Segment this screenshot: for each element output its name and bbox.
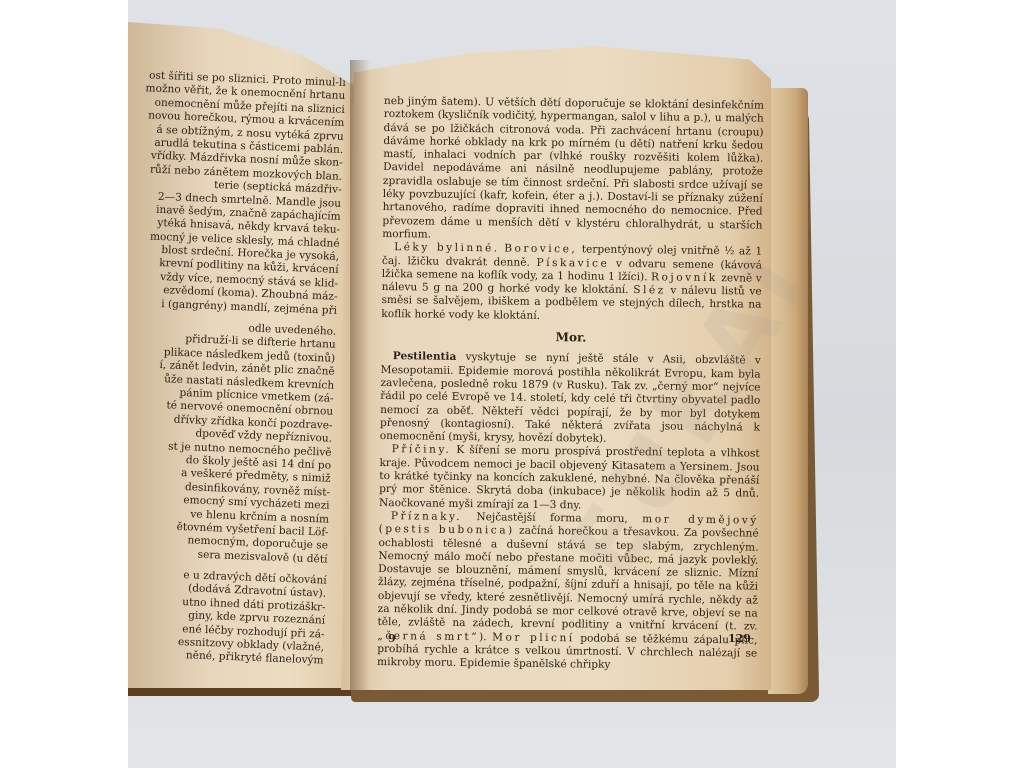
folio-right: 129 — [728, 632, 751, 645]
paragraph-symptoms: Příznaky. Nejčastější forma moru, mor dy… — [377, 510, 759, 674]
rojovnik-label: Rojovník — [651, 271, 718, 284]
section-heading: Mor. — [381, 329, 761, 347]
left-page: ost šířiti se po sliznici. Proto minul-l… — [128, 22, 360, 688]
left-page-text: ost šířiti se po sliznici. Proto minul-l… — [128, 69, 346, 669]
symptoms-text-1: Nejčastější forma moru, — [462, 511, 642, 525]
piskavice-label: Pískavice — [536, 256, 609, 269]
paragraph-herbal: Léky bylinné. Borovice, terpentýnový ole… — [381, 241, 762, 325]
pestilentia-label: Pestilentia — [393, 350, 457, 363]
spine-shadow — [350, 60, 370, 690]
borovice-label: Borovice, — [504, 243, 577, 256]
page-stack-edge — [768, 88, 808, 694]
paragraph-pestilentia: Pestilentia vyskytuje se nyní ještě stál… — [380, 350, 761, 448]
symptoms-text-2: začíná horečkou a třesavkou. Za povšechn… — [377, 525, 758, 633]
paragraph-causes: Příčiny. K šíření se moru prospívá prost… — [379, 443, 760, 514]
herbal-label: Léky bylinné. — [394, 241, 500, 254]
folio-left: 9 — [388, 632, 396, 645]
pestilentia-text: vyskytuje se nyní ještě stále v Asii, ob… — [380, 351, 761, 445]
book-photograph: ost šířiti se po sliznici. Proto minul-l… — [128, 0, 896, 768]
symptoms-label: Příznaky. — [391, 510, 462, 523]
symptoms-text-3: ). — [479, 631, 492, 643]
pneumonic-form-label: Mor plicní — [492, 631, 575, 644]
paragraph-treatment: neb jiným šatem). U větších dětí doporuč… — [382, 95, 764, 246]
causes-label: Příčiny. — [392, 444, 452, 457]
right-page-text: neb jiným šatem). U větších dětí doporuč… — [377, 95, 764, 674]
slez-label: Sléz — [633, 284, 666, 296]
